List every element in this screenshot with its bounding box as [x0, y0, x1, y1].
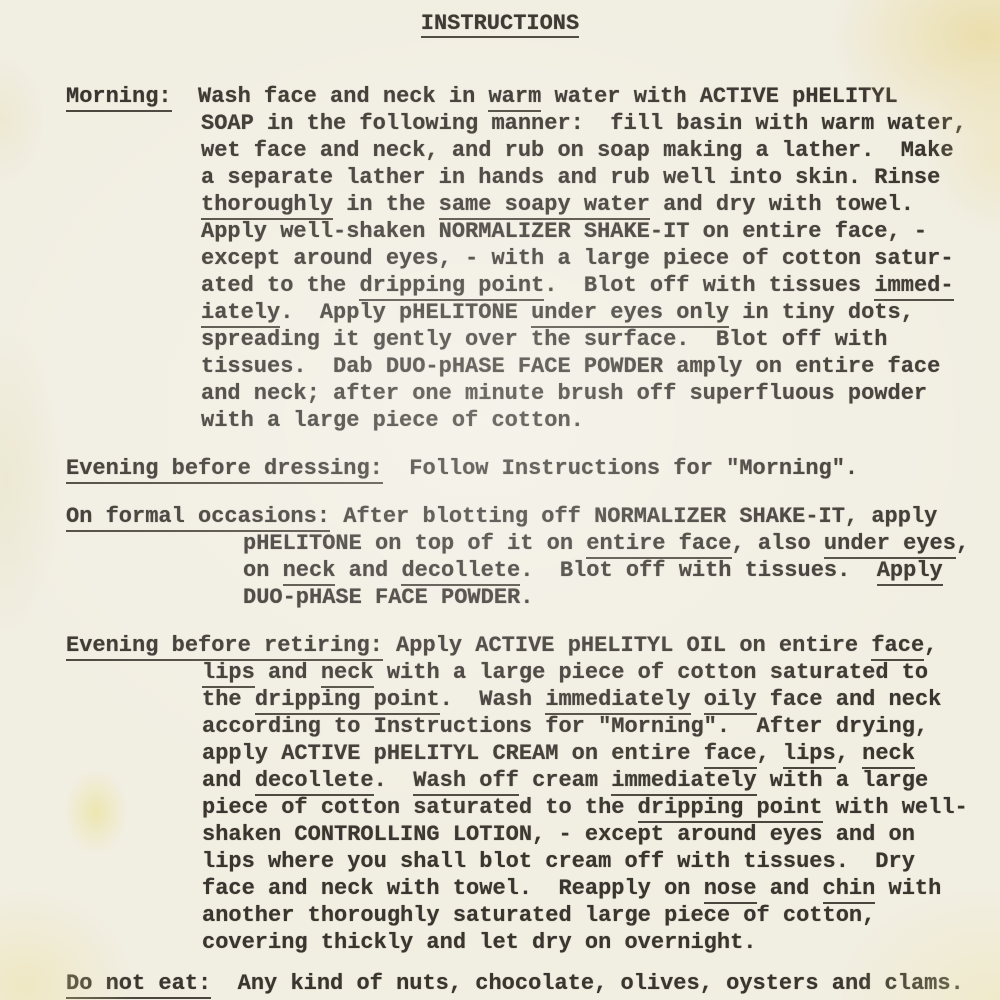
- text-line: except around eyes, - with a large piece…: [66, 245, 1000, 272]
- text-segment: DUO-pHASE FACE POWDER.: [243, 585, 533, 610]
- text-line: and neck; after one minute brush off sup…: [66, 380, 1000, 407]
- text-segment: lips where you shall blot cream off with…: [202, 849, 915, 874]
- text-segment: Wash face and neck in: [198, 84, 488, 109]
- underlined-text: neck: [283, 558, 336, 586]
- text-line: pHELITONE on top of it on entire face, a…: [66, 530, 1000, 557]
- typewritten-page: INSTRUCTIONS Morning: Wash face and neck…: [0, 0, 1000, 1000]
- text-segment: wet face and neck, and rub on soap makin…: [201, 138, 954, 163]
- underlined-text: oily: [704, 687, 757, 715]
- underlined-text: nose: [704, 876, 757, 904]
- text-segment: . Wash: [440, 687, 546, 712]
- text-segment: [172, 84, 198, 109]
- text-segment: ,: [924, 633, 937, 658]
- text-segment: Follow Instructions for "Morning".: [383, 456, 858, 481]
- text-line: lips where you shall blot cream off with…: [66, 848, 1000, 875]
- text-line: ated to the dripping point. Blot off wit…: [66, 272, 1000, 299]
- text-segment: according to Instructions for "Morning".…: [202, 714, 928, 739]
- text-segment: and neck; after one minute brush off sup…: [201, 381, 927, 406]
- text-segment: ,: [956, 531, 969, 556]
- text-segment: and: [757, 876, 823, 901]
- text-line: tissues. Dab DUO-pHASE FACE POWDER amply…: [66, 353, 1000, 380]
- underlined-text: chin: [823, 876, 876, 904]
- section-evening-before-retiring: Evening before retiring: Apply ACTIVE pH…: [66, 632, 1000, 956]
- underlined-text: lips: [202, 660, 255, 688]
- text-segment: . Blot off with tissues: [544, 273, 874, 298]
- text-line: DUO-pHASE FACE POWDER.: [66, 584, 1000, 611]
- text-segment: apply ACTIVE pHELITYL CREAM on entire: [202, 741, 704, 766]
- text-segment: covering thickly and let dry on overnigh…: [202, 930, 757, 955]
- section-do-not-eat: Do not eat: Any kind of nuts, chocolate,…: [66, 970, 1000, 997]
- text-line: face and neck with towel. Reapply on nos…: [66, 875, 1000, 902]
- text-segment: and: [335, 558, 401, 583]
- text-line: thoroughly in the same soapy water and d…: [66, 191, 1000, 218]
- underlined-text: face: [704, 741, 757, 769]
- text-line: spreading it gently over the surface. Bl…: [66, 326, 1000, 353]
- text-segment: Apply ACTIVE pHELITYL OIL on entire: [383, 633, 871, 658]
- text-line: with a large piece of cotton.: [66, 407, 1000, 434]
- text-segment: with well-: [823, 795, 968, 820]
- text-segment: shaken CONTROLLING LOTION, - except arou…: [202, 822, 915, 847]
- text-line: Apply well-shaken NORMALIZER SHAKE-IT on…: [66, 218, 1000, 245]
- underlined-text: decollete: [255, 768, 374, 796]
- text-segment: and: [255, 660, 321, 685]
- text-segment: another thoroughly saturated large piece…: [202, 903, 875, 928]
- underlined-text: same soapy water: [439, 192, 650, 220]
- text-segment: . Apply pHELITONE: [280, 300, 531, 325]
- text-segment: the: [202, 687, 255, 712]
- text-segment: ated to the: [201, 273, 359, 298]
- text-line: apply ACTIVE pHELITYL CREAM on entire fa…: [66, 740, 1000, 767]
- text-line: another thoroughly saturated large piece…: [66, 902, 1000, 929]
- underlined-text: dripping point: [359, 273, 544, 301]
- text-segment: with a large: [757, 768, 929, 793]
- text-segment: spreading it gently over the surface. Bl…: [201, 327, 888, 352]
- underlined-text: Wash off: [413, 768, 519, 796]
- page-title-row: INSTRUCTIONS: [0, 10, 1000, 37]
- underlined-text: dripping point: [638, 795, 823, 823]
- text-segment: with a large piece of cotton.: [201, 408, 584, 433]
- text-segment: on: [243, 558, 283, 583]
- text-line: a separate lather in hands and rub well …: [66, 164, 1000, 191]
- text-line: according to Instructions for "Morning".…: [66, 713, 1000, 740]
- text-segment: water with ACTIVE pHELITYL: [541, 84, 897, 109]
- text-line: iately. Apply pHELITONE under eyes only …: [66, 299, 1000, 326]
- text-line: lips and neck with a large piece of cott…: [66, 659, 1000, 686]
- underlined-text: under eyes: [824, 531, 956, 559]
- underlined-text: warm: [488, 84, 541, 112]
- text-segment: . Blot off with tissues.: [520, 558, 876, 583]
- text-segment: piece of cotton saturated to the: [202, 795, 638, 820]
- page-title: INSTRUCTIONS: [421, 11, 579, 38]
- text-segment: and: [202, 768, 255, 793]
- underlined-text: Do not eat:: [66, 971, 211, 999]
- text-segment: in tiny dots,: [729, 300, 914, 325]
- text-segment: and dry with towel.: [650, 192, 914, 217]
- text-segment: except around eyes, - with a large piece…: [201, 246, 954, 271]
- underlined-text: immediately: [545, 687, 690, 715]
- text-line: Evening before retiring: Apply ACTIVE pH…: [66, 632, 1000, 659]
- text-line: Morning: Wash face and neck in warm wate…: [66, 83, 1000, 110]
- underlined-text: lips: [783, 741, 836, 769]
- text-segment: pHELITONE on top of it on: [243, 531, 586, 556]
- text-line: SOAP in the following manner: fill basin…: [66, 110, 1000, 137]
- underlined-text: entire face: [586, 531, 731, 559]
- document-body: Morning: Wash face and neck in warm wate…: [0, 83, 1000, 997]
- text-line: the dripping point. Wash immediately oil…: [66, 686, 1000, 713]
- text-line: shaken CONTROLLING LOTION, - except arou…: [66, 821, 1000, 848]
- text-segment: ,: [757, 741, 783, 766]
- underlined-text: neck: [862, 741, 915, 769]
- underlined-text: Evening before retiring:: [66, 633, 383, 661]
- text-segment: with: [875, 876, 941, 901]
- text-segment: tissues. Dab DUO-pHASE FACE POWDER amply…: [201, 354, 940, 379]
- text-line: piece of cotton saturated to the drippin…: [66, 794, 1000, 821]
- text-line: wet face and neck, and rub on soap makin…: [66, 137, 1000, 164]
- underlined-text: Morning:: [66, 84, 172, 112]
- text-segment: After blotting off NORMALIZER SHAKE-IT, …: [330, 504, 937, 529]
- underlined-text: face: [871, 633, 924, 661]
- text-segment: face and neck: [757, 687, 942, 712]
- underlined-text: thoroughly: [201, 192, 333, 220]
- underlined-text: immediately: [611, 768, 756, 796]
- text-segment: [691, 687, 704, 712]
- text-segment: Any kind of nuts, chocolate, olives, oys…: [211, 971, 964, 996]
- text-segment: cream: [519, 768, 611, 793]
- text-line: on neck and decollete. Blot off with tis…: [66, 557, 1000, 584]
- text-segment: ,: [836, 741, 862, 766]
- underlined-text: immed-: [874, 273, 953, 301]
- text-line: Do not eat: Any kind of nuts, chocolate,…: [66, 970, 1000, 997]
- underlined-text: decollete: [401, 558, 520, 586]
- section-morning: Morning: Wash face and neck in warm wate…: [66, 83, 1000, 434]
- underlined-text: Evening before dressing:: [66, 456, 383, 484]
- text-segment: with a large piece of cotton saturated t…: [374, 660, 929, 685]
- text-segment: in the: [333, 192, 439, 217]
- underlined-text: Apply: [877, 558, 943, 586]
- section-evening-before-dressing: Evening before dressing: Follow Instruct…: [66, 455, 1000, 482]
- text-segment: , also: [732, 531, 824, 556]
- section-on-formal-occasions: On formal occasions: After blotting off …: [66, 503, 1000, 611]
- text-segment: Apply well-shaken NORMALIZER SHAKE-IT on…: [201, 219, 927, 244]
- underlined-text: under eyes only: [531, 300, 729, 328]
- text-segment: SOAP in the following manner: fill basin…: [201, 111, 967, 136]
- underlined-text: On formal occasions:: [66, 504, 330, 532]
- text-line: Evening before dressing: Follow Instruct…: [66, 455, 1000, 482]
- underlined-text: neck: [321, 660, 374, 688]
- underlined-text: iately: [201, 300, 280, 328]
- underlined-text: dripping point: [255, 687, 440, 715]
- text-line: covering thickly and let dry on overnigh…: [66, 929, 1000, 956]
- text-segment: a separate lather in hands and rub well …: [201, 165, 940, 190]
- text-line: and decollete. Wash off cream immediatel…: [66, 767, 1000, 794]
- text-line: On formal occasions: After blotting off …: [66, 503, 1000, 530]
- text-segment: .: [374, 768, 414, 793]
- text-segment: face and neck with towel. Reapply on: [202, 876, 704, 901]
